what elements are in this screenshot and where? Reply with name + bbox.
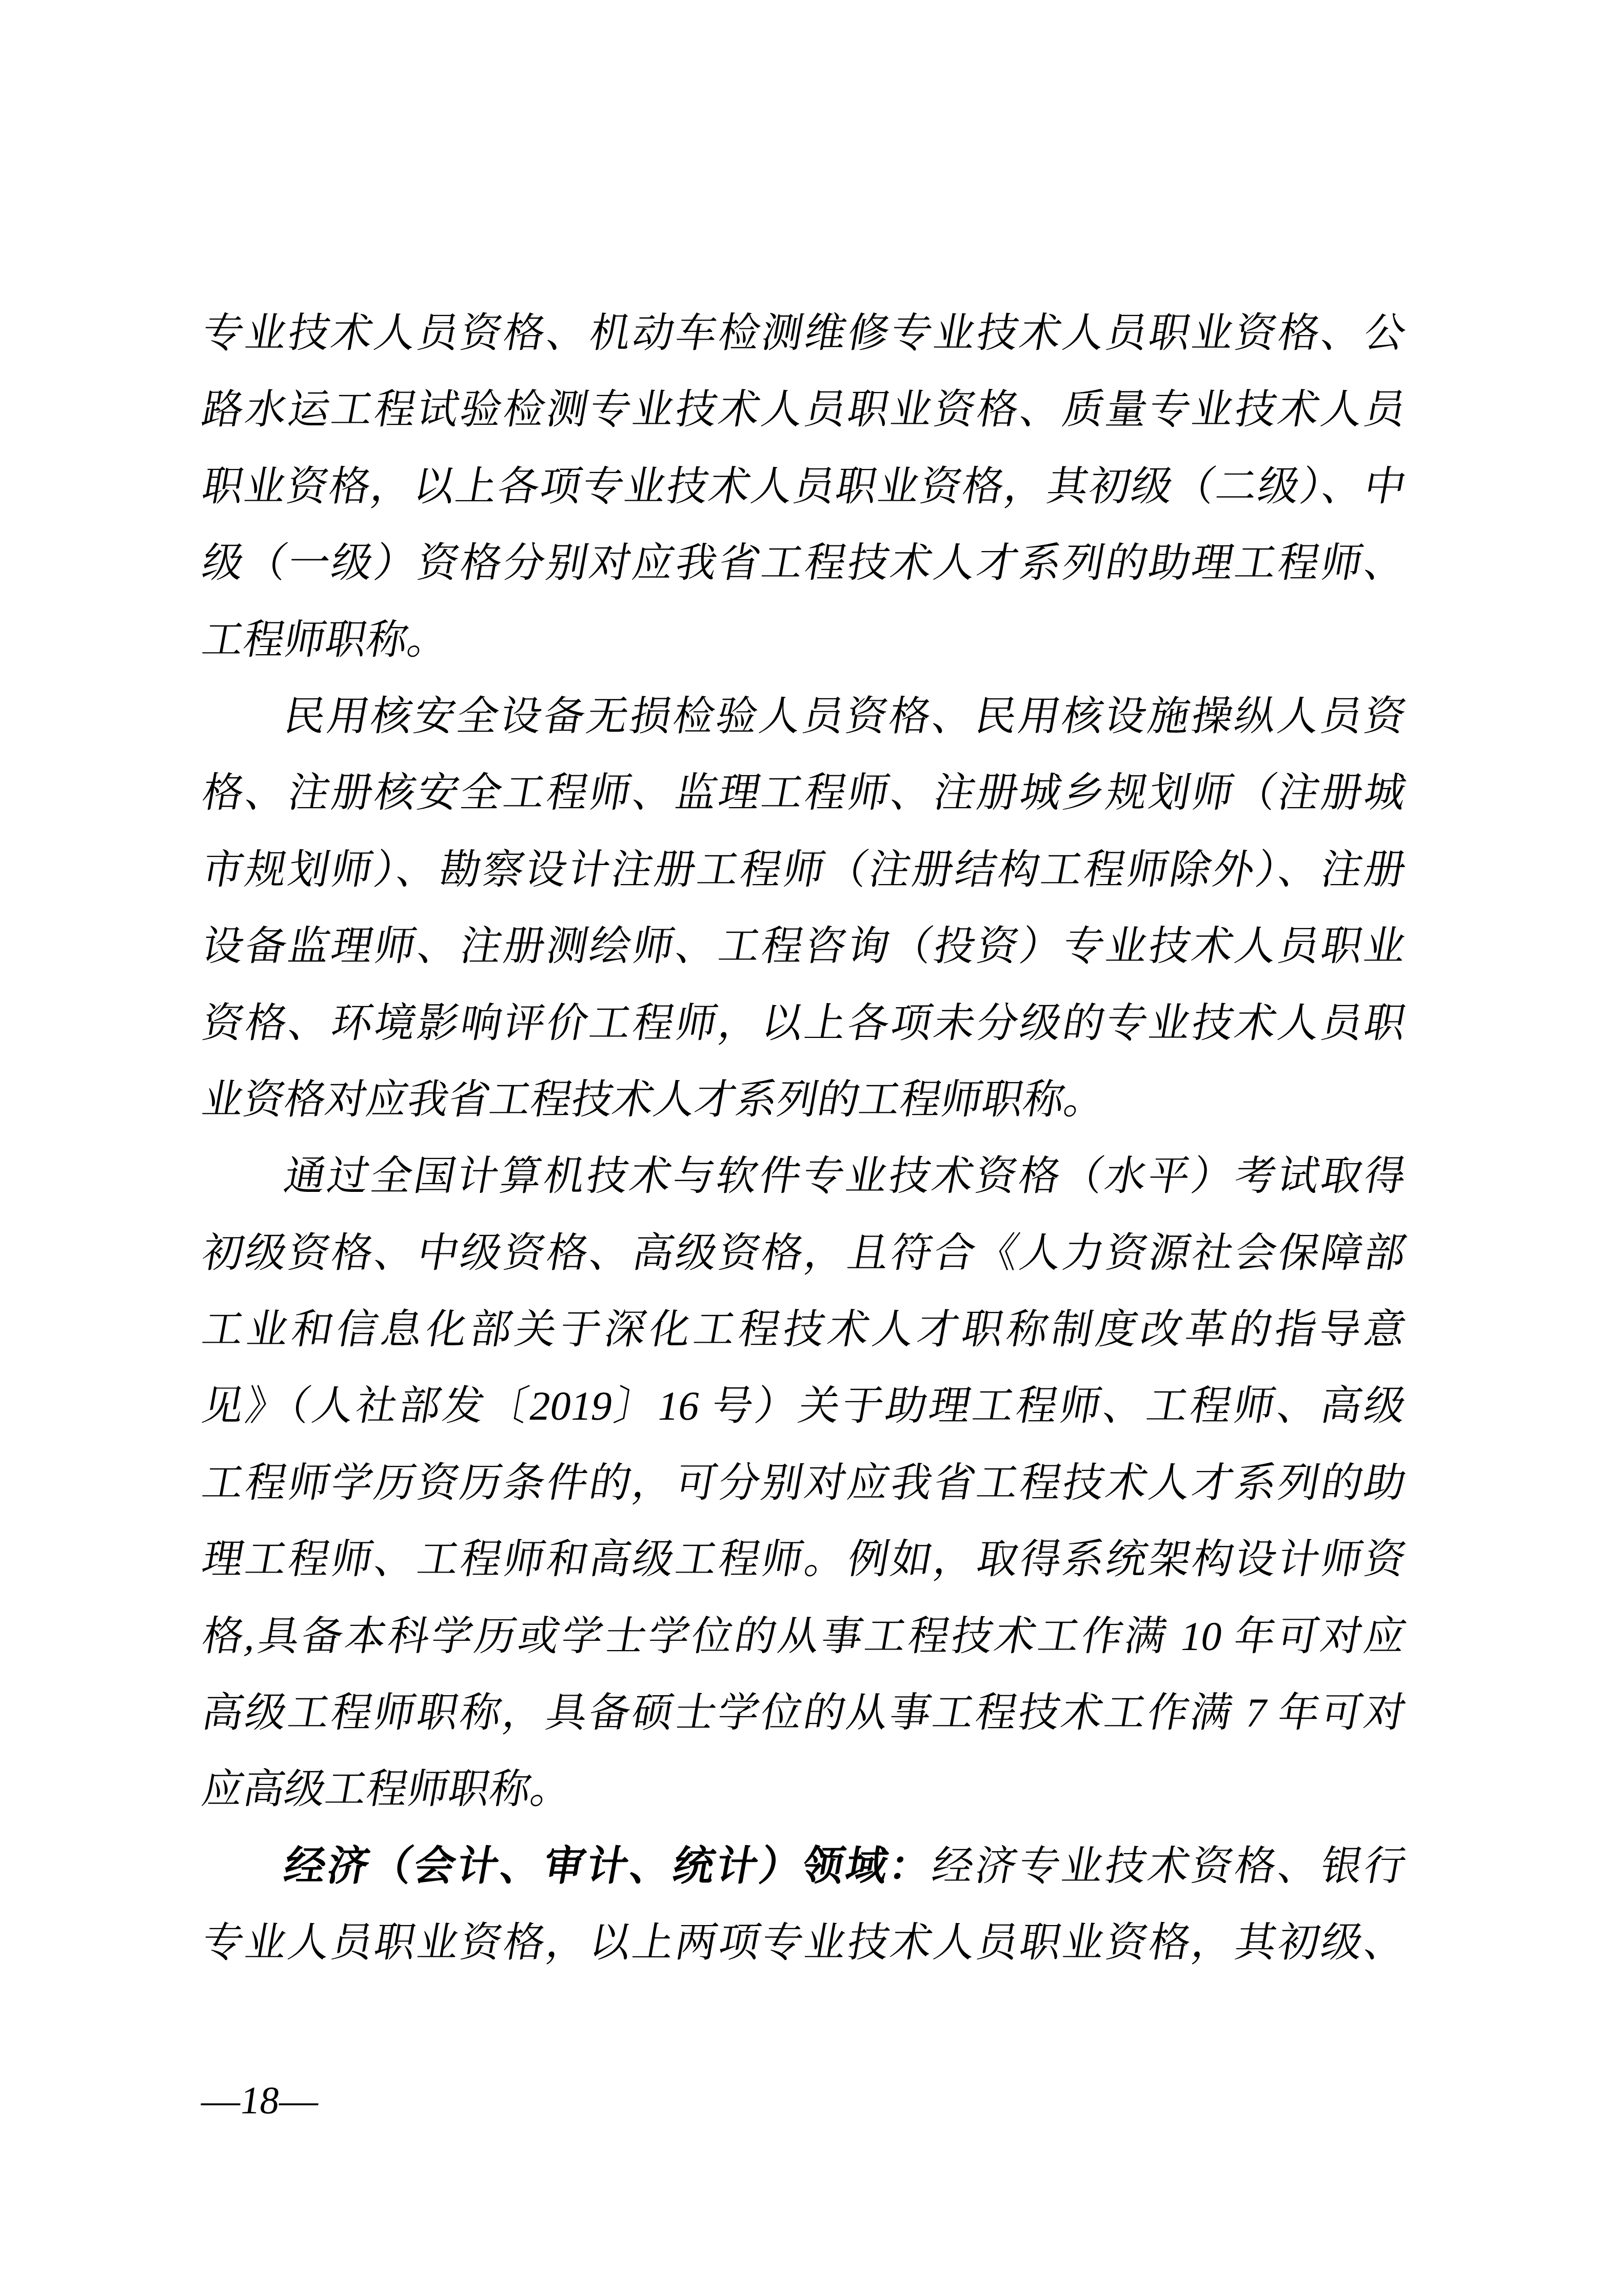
text-line-16: 工程师学历资历条件的，可分别对应我省工程技术人才系列的助 bbox=[196, 1445, 1412, 1522]
text-line-9: 设备监理师、注册测绘师、工程咨询（投资）专业技术人员职业 bbox=[196, 909, 1412, 985]
text-line-21: 经济（会计、审计、统计）领域：经济专业技术资格、银行 bbox=[196, 1829, 1412, 1905]
text-line-14: 工业和信息化部关于深化工程技术人才职称制度改革的指导意 bbox=[196, 1292, 1412, 1368]
text-line-20: 应高级工程师职称。 bbox=[196, 1752, 1412, 1828]
text-line-11: 业资格对应我省工程技术人才系列的工程师职称。 bbox=[196, 1062, 1412, 1139]
document-page: 专业技术人员资格、机动车检测维修专业技术人员职业资格、公 路水运工程试验检测专业… bbox=[0, 0, 1621, 2296]
text-line-22: 专业人员职业资格，以上两项专业技术人员职业资格，其初级、 bbox=[196, 1905, 1412, 1981]
text-line-13: 初级资格、中级资格、高级资格，且符合《人力资源社会保障部 bbox=[196, 1215, 1412, 1292]
text-line-12: 通过全国计算机技术与软件专业技术资格（水平）考试取得 bbox=[196, 1139, 1412, 1215]
text-line-17: 理工程师、工程师和高级工程师。例如，取得系统架构设计师资 bbox=[196, 1522, 1412, 1598]
text-line-2: 路水运工程试验检测专业技术人员职业资格、质量专业技术人员 bbox=[196, 372, 1412, 448]
text-line-3: 职业资格，以上各项专业技术人员职业资格，其初级（二级）、中 bbox=[196, 449, 1412, 525]
text-line-18: 格,具备本科学历或学士学位的从事工程技术工作满 10 年可对应 bbox=[196, 1599, 1412, 1675]
text-line-10: 资格、环境影响评价工程师，以上各项未分级的专业技术人员职 bbox=[196, 986, 1412, 1062]
text-line-5: 工程师职称。 bbox=[196, 602, 1412, 679]
bold-section-heading: 经济（会计、审计、统计）领域： bbox=[281, 1844, 937, 1889]
text-line-15: 见》（人社部发〔2019〕16 号）关于助理工程师、工程师、高级 bbox=[196, 1368, 1412, 1445]
text-line-8: 市规划师）、勘察设计注册工程师（注册结构工程师除外）、注册 bbox=[196, 832, 1412, 909]
text-line-1: 专业技术人员资格、机动车检测维修专业技术人员职业资格、公 bbox=[196, 296, 1412, 372]
page-number: —18— bbox=[199, 2081, 322, 2120]
text-line-21-rest: 经济专业技术资格、银行 bbox=[928, 1844, 1410, 1889]
text-line-7: 格、注册核安全工程师、监理工程师、注册城乡规划师（注册城 bbox=[196, 755, 1412, 832]
text-line-4: 级（一级）资格分别对应我省工程技术人才系列的助理工程师、 bbox=[196, 525, 1412, 602]
text-line-19: 高级工程师职称，具备硕士学位的从事工程技术工作满 7 年可对 bbox=[196, 1675, 1412, 1752]
body-text: 专业技术人员资格、机动车检测维修专业技术人员职业资格、公 路水运工程试验检测专业… bbox=[203, 296, 1406, 1982]
text-line-6: 民用核安全设备无损检验人员资格、民用核设施操纵人员资 bbox=[196, 679, 1412, 755]
